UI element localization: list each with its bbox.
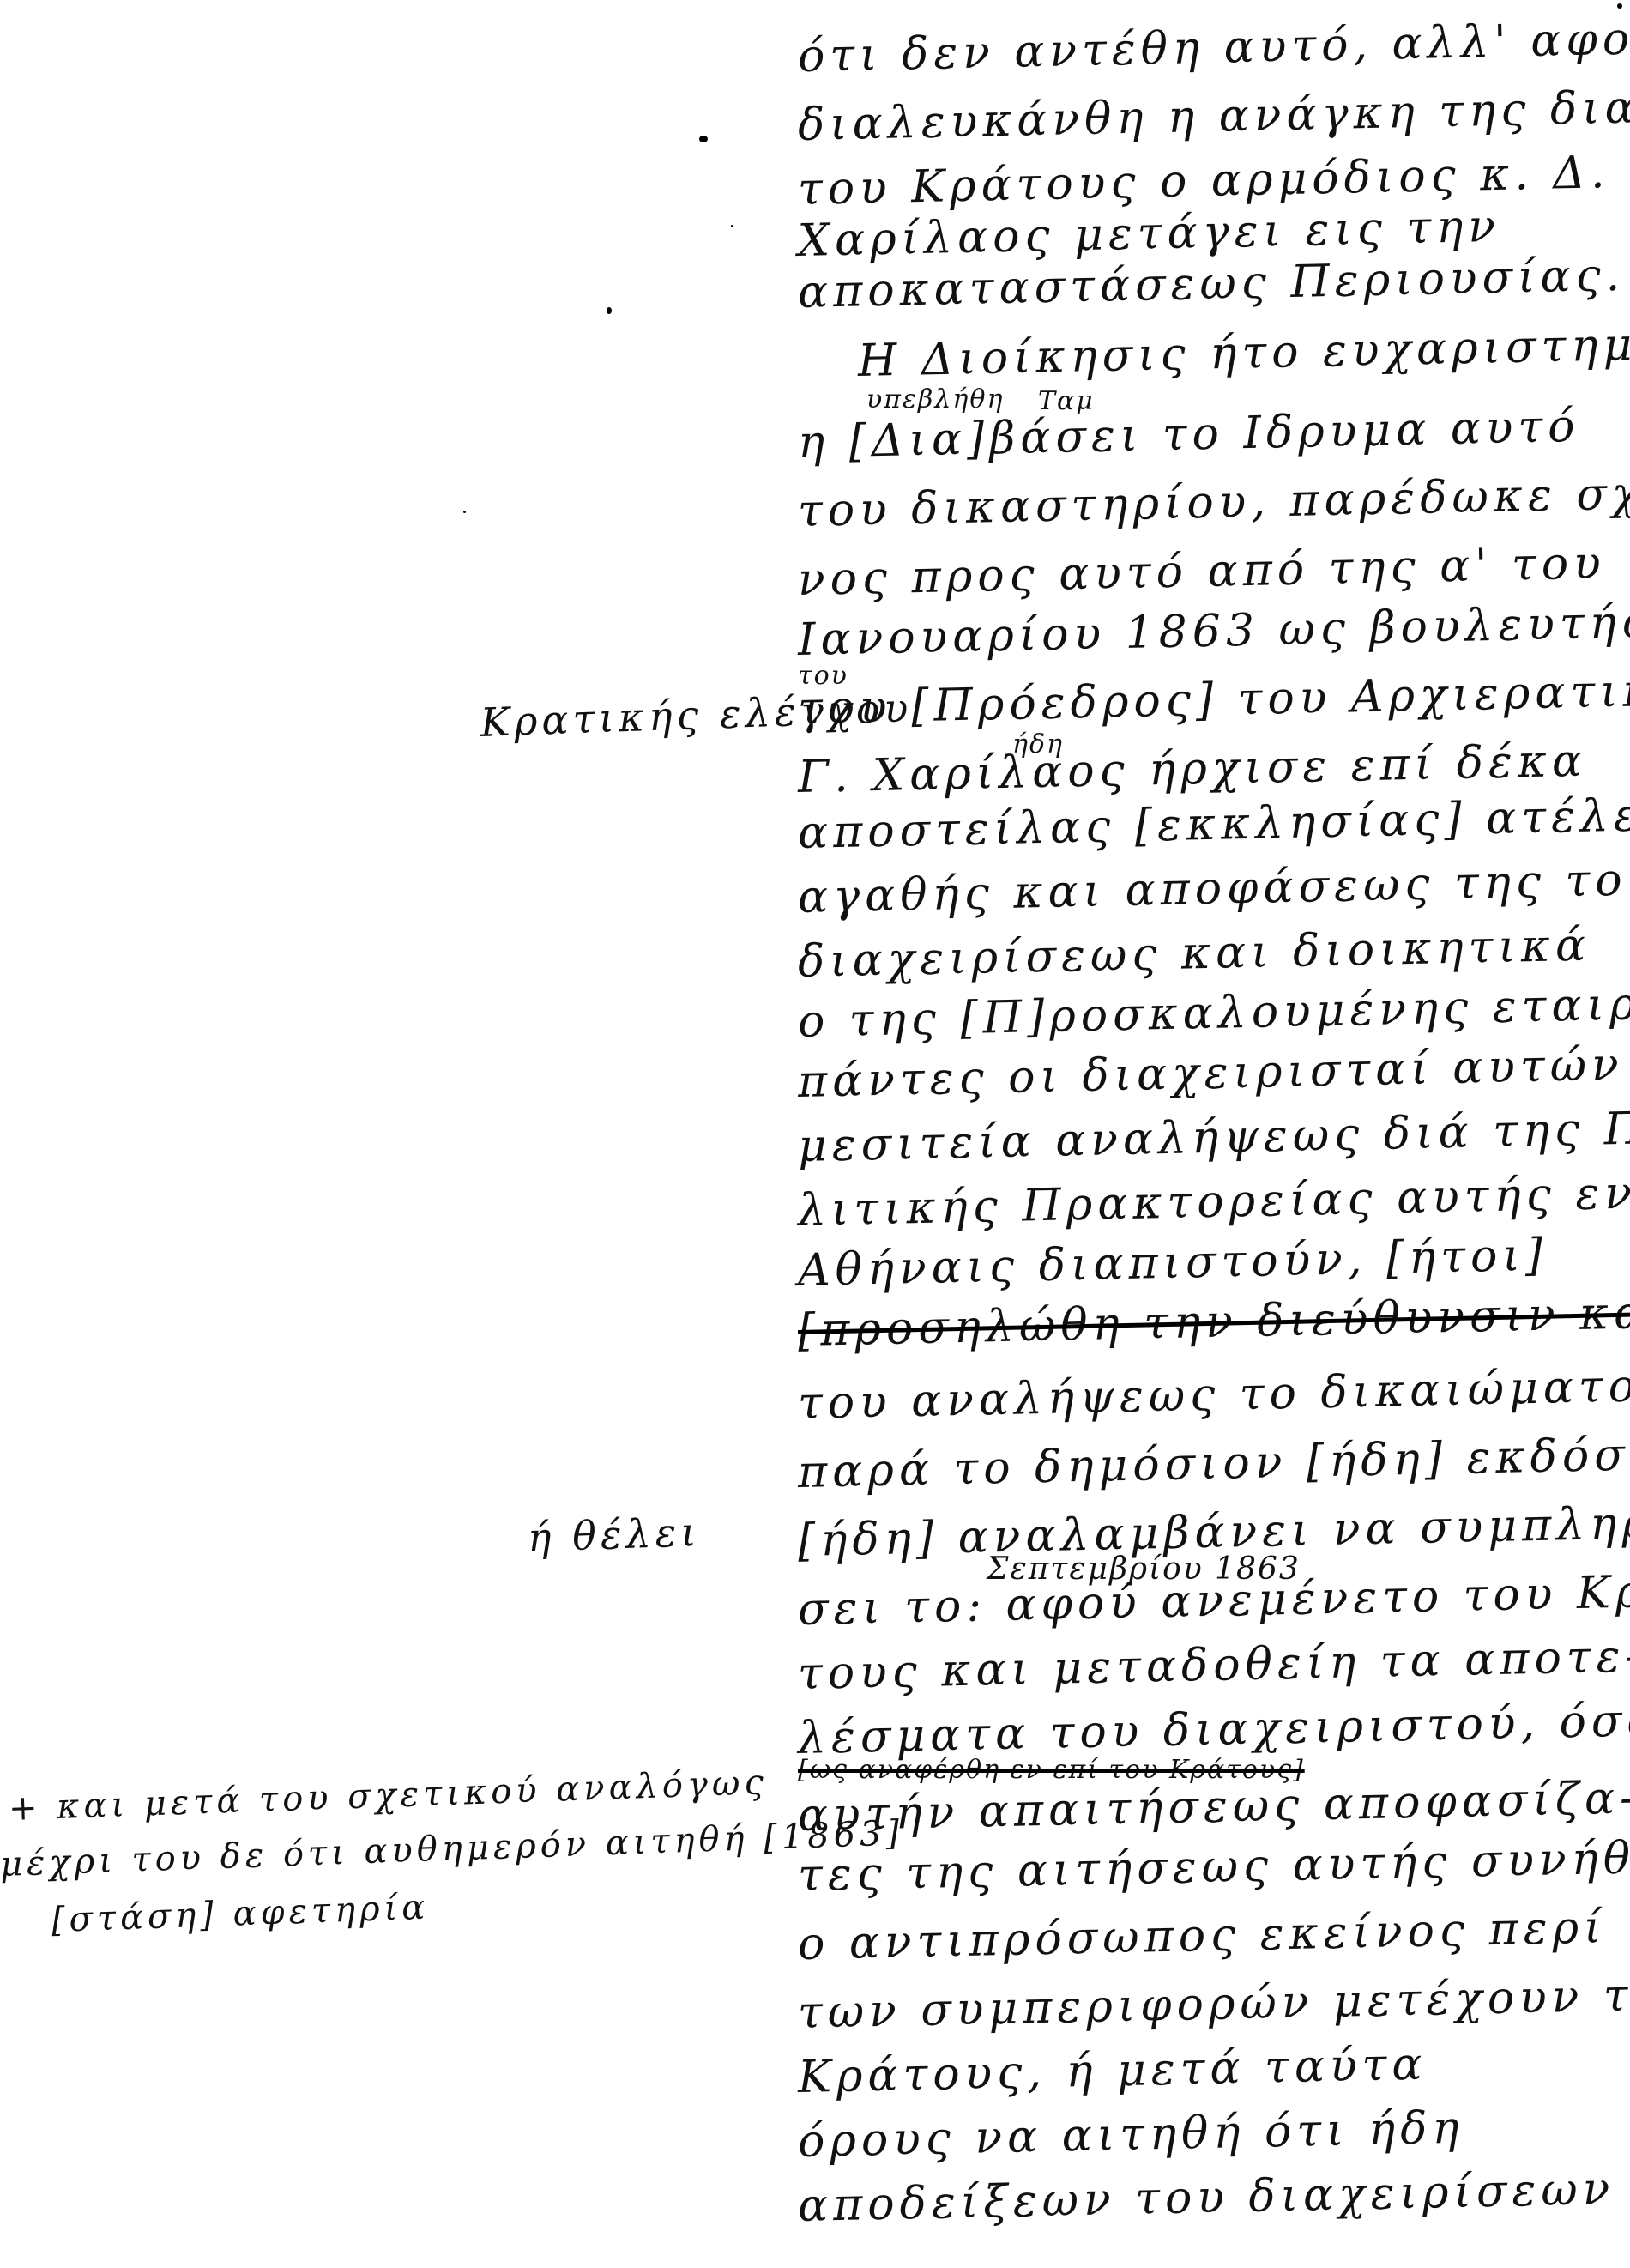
- interlinear-insert: υπεβλήθη: [866, 384, 1004, 414]
- text-line: νος προς αυτό από της α' του: [797, 541, 1606, 602]
- text-line: αυτήν απαιτήσεως αποφασίζα-: [797, 1775, 1630, 1838]
- ink-speck: [1617, 3, 1622, 9]
- margin-note: ή θέλει: [527, 1509, 701, 1561]
- margin-note: Κρατικής ελέγχου: [480, 684, 913, 746]
- text-line: όρους να αιτηθή ότι ήδη: [797, 2106, 1464, 2164]
- text-line: Ιανουαρίου 1863 ως βουλευτής: [797, 600, 1630, 662]
- text-line: λιτικής Πρακτορείας αυτής εν: [797, 1171, 1630, 1233]
- struck-text-line: [προσηλώθη την διεύθυνσιν και του]: [797, 1287, 1630, 1353]
- margin-note: + και μετά του σχετικού αναλόγως: [8, 1763, 768, 1829]
- text-line: Η Διοίκησις ήτο ευχαριστημένη: [857, 321, 1630, 384]
- ink-speck: [463, 511, 466, 513]
- text-line: Κράτους, ή μετά ταύτα: [797, 2042, 1428, 2100]
- text-line: αγαθής και αποφάσεως της του: [797, 857, 1630, 920]
- text-line: τους και μεταδοθείη τα αποτε-: [797, 1634, 1630, 1696]
- text-line: μεσιτεία αναλήψεως διά της Πο-: [797, 1105, 1630, 1169]
- text-line: διαλευκάνθη η ανάγκη της διατροφής: [797, 82, 1630, 148]
- text-line: Αθήναις διαπιστούν, [ήτοι]: [797, 1233, 1548, 1293]
- text-line: του [Πρόεδρος] του Αρχιερατικού: [797, 667, 1630, 731]
- ink-speck: [731, 225, 733, 227]
- ink-speck: [607, 307, 612, 314]
- text-line: ότι δεν αντέθη αυτό, αλλ' αφού ήμα: [797, 14, 1630, 79]
- text-line: τες της αιτήσεως αυτής συνήθως: [797, 1835, 1630, 1898]
- text-line: Γ. Χαρίλαος ήρχισε επί δέκα: [797, 739, 1587, 800]
- text-line: αποδείξεων του διαχειρίσεων: [797, 2167, 1615, 2229]
- text-line: αποστείλας [εκκλησίας] ατέλειαν: [797, 791, 1630, 856]
- text-line: πάντες οι διαχειρισταί αυτών: [797, 1043, 1624, 1104]
- manuscript-page: ότι δεν αντέθη αυτό, αλλ' αφού ήμα διαλε…: [0, 0, 1630, 2268]
- text-line: διαχειρίσεως και διοικητικά: [797, 923, 1591, 984]
- text-line: των συμπεριφορών μετέχουν του: [797, 1972, 1630, 2035]
- text-line: παρά το δημόσιον [ήδη] εκδόσει: [797, 1431, 1630, 1495]
- text-line: ο αντιπρόσωπος εκείνος περί: [797, 1905, 1607, 1967]
- text-line: του αναλήψεως το δικαιώματος: [797, 1364, 1630, 1426]
- ink-speck: [699, 136, 708, 142]
- text-line: λέσματα του διαχειριστού, όσα: [797, 1698, 1630, 1761]
- text-line: του δικαστηρίου, παρέδωκε σχεδόν: [797, 469, 1630, 534]
- text-line: ο της [Π]ροσκαλουμένης εταιρίας, και: [797, 977, 1630, 1044]
- margin-note: [στάση] αφετηρία: [51, 1888, 430, 1940]
- text-line: σει το: αφού ανεμένετο του Κρά-: [797, 1569, 1630, 1632]
